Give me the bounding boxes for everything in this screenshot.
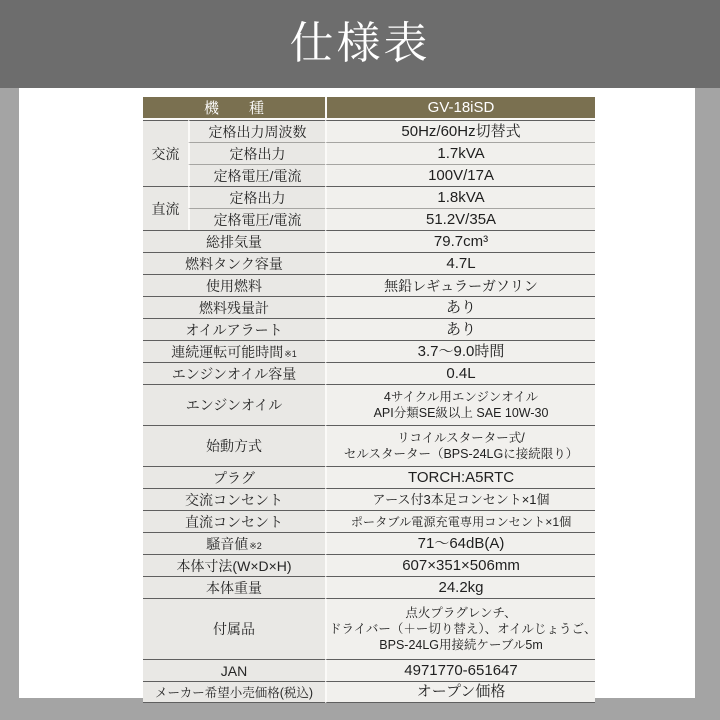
spec-label: 本体寸法(W×D×H) [143,554,325,576]
spec-label: エンジンオイル容量 [143,362,325,384]
spec-value: 無鉛レギュラーガソリン [325,274,595,296]
spec-header-row: 機 種 GV-18iSD [143,97,595,120]
spec-value: 79.7cm³ [325,230,595,252]
spec-value: あり [325,296,595,318]
spec-label: 交流コンセント [143,488,325,510]
spec-label: メーカー希望小売価格(税込) [143,681,325,703]
spec-row: 燃料残量計あり [143,296,595,318]
spec-value: 24.2kg [325,576,595,598]
spec-table-body: 交流定格出力周波数50Hz/60Hz切替式定格出力1.7kVA定格電圧/電流10… [143,120,595,703]
spec-label: 燃料タンク容量 [143,252,325,274]
spec-row: JAN4971770-651647 [143,659,595,681]
footnote-marker: ※1 [284,349,297,359]
spec-row: 燃料タンク容量4.7L [143,252,595,274]
spec-row: 交流コンセントアース付3本足コンセント×1個 [143,488,595,510]
spec-table: 機 種 GV-18iSD 交流定格出力周波数50Hz/60Hz切替式定格出力1.… [143,97,595,703]
spec-label: 定格出力周波数 [188,120,325,142]
spec-row: オイルアラートあり [143,318,595,340]
spec-row: 直流定格出力1.8kVA [143,186,595,208]
spec-group-cell: 直流 [143,186,188,230]
spec-value: TORCH:A5RTC [325,466,595,488]
spec-row: 直流コンセントポータブル電源充電専用コンセント×1個 [143,510,595,532]
spec-row: エンジンオイル4サイクル用エンジンオイルAPI分類SE級以上 SAE 10W-3… [143,384,595,425]
spec-label: 定格出力 [188,142,325,164]
spec-label: エンジンオイル [143,384,325,425]
spec-label: 燃料残量計 [143,296,325,318]
spec-row: 交流定格出力周波数50Hz/60Hz切替式 [143,120,595,142]
spec-label: 始動方式 [143,425,325,466]
spec-value: アース付3本足コンセント×1個 [325,488,595,510]
spec-row: エンジンオイル容量0.4L [143,362,595,384]
spec-row: 使用燃料無鉛レギュラーガソリン [143,274,595,296]
spec-value: 4.7L [325,252,595,274]
spec-value: 51.2V/35A [325,208,595,230]
spec-label: 定格出力 [188,186,325,208]
spec-label: オイルアラート [143,318,325,340]
spec-label: 直流コンセント [143,510,325,532]
spec-value: ポータブル電源充電専用コンセント×1個 [325,510,595,532]
spec-row: 本体重量24.2kg [143,576,595,598]
spec-value: 0.4L [325,362,595,384]
spec-value: 3.7〜9.0時間 [325,340,595,362]
spec-value: 607×351×506mm [325,554,595,576]
spec-value: 100V/17A [325,164,595,186]
model-header-value: GV-18iSD [325,97,595,120]
spec-value: オープン価格 [325,681,595,703]
title-bar: 仕様表 [0,0,720,88]
spec-group-cell: 交流 [143,120,188,186]
spec-label: 使用燃料 [143,274,325,296]
spec-value: 1.8kVA [325,186,595,208]
spec-label: JAN [143,659,325,681]
page-title: 仕様表 [290,22,431,66]
spec-row: プラグTORCH:A5RTC [143,466,595,488]
spec-row: メーカー希望小売価格(税込)オープン価格 [143,681,595,703]
spec-value: 点火プラグレンチ、ドライバー（＋ー切り替え）、オイルじょうご、BPS-24LG用… [325,598,595,659]
model-header-label: 機 種 [143,97,325,120]
spec-label: 騒音値※2 [143,532,325,554]
spec-row: 定格電圧/電流100V/17A [143,164,595,186]
spec-label: 本体重量 [143,576,325,598]
spec-row: 始動方式リコイルスターター式/セルスターター（BPS-24LGに接続限り） [143,425,595,466]
spec-row: 騒音値※271〜64dB(A) [143,532,595,554]
spec-label: 定格電圧/電流 [188,164,325,186]
spec-value: あり [325,318,595,340]
spec-card: 機 種 GV-18iSD 交流定格出力周波数50Hz/60Hz切替式定格出力1.… [19,88,695,698]
spec-row: 定格電圧/電流51.2V/35A [143,208,595,230]
spec-value: 71〜64dB(A) [325,532,595,554]
spec-label: 連続運転可能時間※1 [143,340,325,362]
spec-row: 連続運転可能時間※13.7〜9.0時間 [143,340,595,362]
spec-label: プラグ [143,466,325,488]
spec-label: 定格電圧/電流 [188,208,325,230]
spec-value: 1.7kVA [325,142,595,164]
spec-row: 定格出力1.7kVA [143,142,595,164]
spec-label: 付属品 [143,598,325,659]
spec-value: 4971770-651647 [325,659,595,681]
spec-row: 総排気量79.7cm³ [143,230,595,252]
spec-value: リコイルスターター式/セルスターター（BPS-24LGに接続限り） [325,425,595,466]
spec-value: 50Hz/60Hz切替式 [325,120,595,142]
spec-row: 本体寸法(W×D×H)607×351×506mm [143,554,595,576]
spec-label: 総排気量 [143,230,325,252]
spec-row: 付属品点火プラグレンチ、ドライバー（＋ー切り替え）、オイルじょうご、BPS-24… [143,598,595,659]
spec-value: 4サイクル用エンジンオイルAPI分類SE級以上 SAE 10W-30 [325,384,595,425]
footnote-marker: ※2 [249,541,262,551]
